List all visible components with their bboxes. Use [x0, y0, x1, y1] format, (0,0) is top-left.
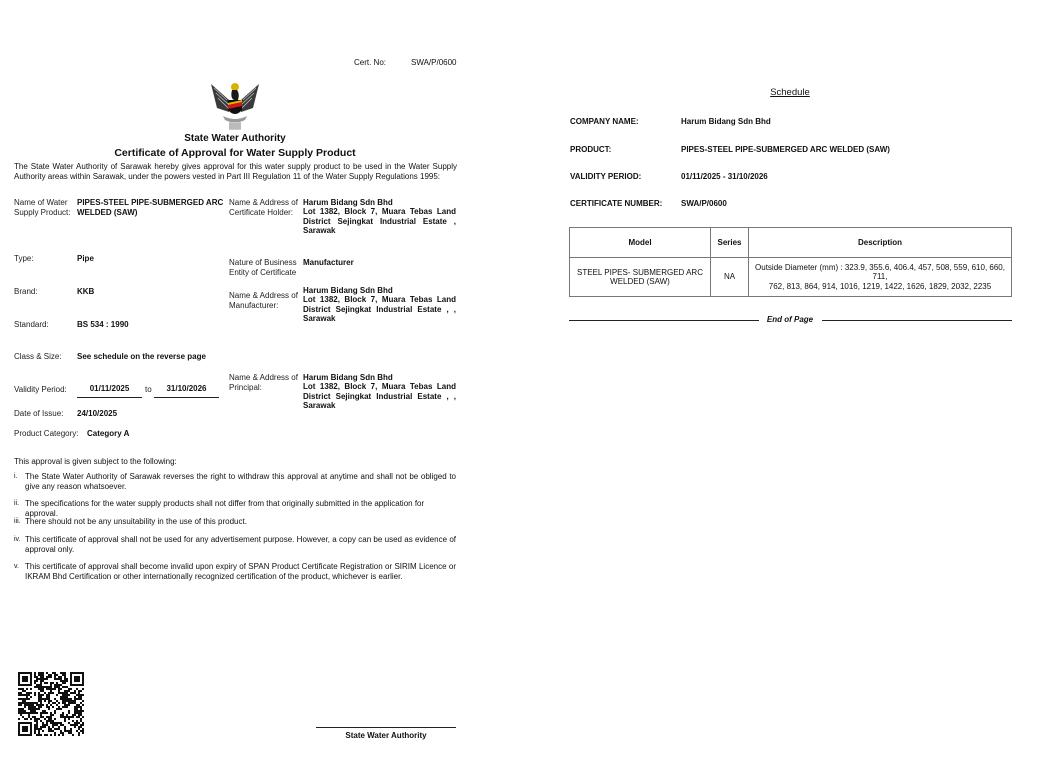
end-of-page-divider	[822, 320, 1012, 321]
type-label: Type:	[14, 254, 76, 264]
nature-value: Manufacturer	[303, 258, 456, 268]
standard-value: BS 534 : 1990	[77, 320, 227, 330]
column-header-description: Description	[749, 228, 1012, 258]
holder-address: Lot 1382, Block 7, Muara Tebas Land Dist…	[303, 207, 456, 236]
nature-label: Nature of Business Entity of Certificate	[229, 258, 301, 277]
model-cell: STEEL PIPES- SUBMERGED ARC WELDED (SAW)	[570, 258, 711, 297]
schedule-title: Schedule	[569, 87, 1011, 98]
certificate-number-value: SWA/P/0600	[681, 199, 727, 209]
organization-title: State Water Authority	[0, 133, 470, 144]
principal-label: Name & Address of Principal:	[229, 373, 301, 392]
term-item: iii. There should not be any unsuitabili…	[14, 517, 456, 527]
term-number: i.	[14, 472, 18, 482]
column-header-model: Model	[570, 228, 711, 258]
brand-label: Brand:	[14, 287, 76, 297]
term-item: v. This certificate of approval shall be…	[14, 562, 456, 581]
validity-period-label: VALIDITY PERIOD:	[570, 172, 641, 182]
validity-to-label: to	[145, 385, 152, 395]
term-number: iii.	[14, 517, 21, 527]
manufacturer-address: Lot 1382, Block 7, Muara Tebas Land Dist…	[303, 295, 456, 324]
product-label: PRODUCT:	[570, 145, 611, 155]
description-line: 762, 813, 864, 914, 1016, 1219, 1422, 16…	[750, 282, 1010, 292]
term-text: This certificate of approval shall becom…	[25, 562, 456, 581]
product-category-value: Category A	[87, 429, 129, 439]
signature-label: State Water Authority	[316, 731, 456, 741]
certificate-number-label: CERTIFICATE NUMBER:	[570, 199, 662, 209]
cert-no-value: SWA/P/0600	[411, 58, 457, 68]
brand-value: KKB	[77, 287, 227, 297]
term-item: iv. This certificate of approval shall n…	[14, 535, 456, 554]
validity-to: 31/10/2026	[154, 384, 219, 398]
coat-of-arms-emblem-icon	[207, 78, 263, 132]
description-line: Outside Diameter (mm) : 323.9, 355.6, 40…	[750, 263, 1010, 282]
table-header-row: Model Series Description	[570, 228, 1012, 258]
signature-line	[316, 727, 456, 728]
end-of-page-label: End of Page	[760, 315, 820, 325]
validity-from: 01/11/2025	[77, 384, 142, 398]
schedule-table: Model Series Description STEEL PIPES- SU…	[569, 227, 1012, 297]
date-of-issue-value: 24/10/2025	[77, 409, 227, 419]
product-name-value: PIPES-STEEL PIPE-SUBMERGED ARC WELDED (S…	[77, 198, 227, 217]
cert-no-label: Cert. No:	[354, 58, 386, 68]
term-text: The specifications for the water supply …	[25, 499, 456, 518]
term-text: There should not be any unsuitability in…	[25, 517, 456, 527]
manufacturer-label: Name & Address of Manufacturer:	[229, 291, 301, 310]
validity-period-value: 01/11/2025 - 31/10/2026	[681, 172, 768, 182]
term-text: The State Water Authority of Sarawak rev…	[25, 472, 456, 491]
date-of-issue-label: Date of Issue:	[14, 409, 76, 419]
product-category-label: Product Category:	[14, 429, 89, 439]
product-value: PIPES-STEEL PIPE-SUBMERGED ARC WELDED (S…	[681, 145, 890, 155]
column-header-series: Series	[711, 228, 749, 258]
end-of-page-divider	[569, 320, 759, 321]
term-number: v.	[14, 562, 19, 572]
product-name-label: Name of Water Supply Product:	[14, 198, 76, 217]
series-cell: NA	[711, 258, 749, 297]
class-size-value: See schedule on the reverse page	[77, 352, 237, 362]
term-text: This certificate of approval shall not b…	[25, 535, 456, 554]
term-item: ii. The specifications for the water sup…	[14, 499, 456, 518]
term-item: i. The State Water Authority of Sarawak …	[14, 472, 456, 491]
certificate-title: Certificate of Approval for Water Supply…	[0, 147, 470, 159]
standard-label: Standard:	[14, 320, 76, 330]
description-cell: Outside Diameter (mm) : 323.9, 355.6, 40…	[749, 258, 1012, 297]
qr-code-icon	[18, 672, 84, 736]
term-number: iv.	[14, 535, 20, 545]
terms-intro: This approval is given subject to the fo…	[14, 457, 177, 467]
intro-paragraph: The State Water Authority of Sarawak her…	[14, 162, 457, 181]
company-label: COMPANY NAME:	[570, 117, 639, 127]
principal-address: Lot 1382, Block 7, Muara Tebas Land Dist…	[303, 382, 456, 411]
validity-label: Validity Period:	[14, 385, 76, 395]
company-value: Harum Bidang Sdn Bhd	[681, 117, 771, 127]
term-number: ii.	[14, 499, 19, 509]
table-row: STEEL PIPES- SUBMERGED ARC WELDED (SAW) …	[570, 258, 1012, 297]
type-value: Pipe	[77, 254, 227, 264]
class-size-label: Class & Size:	[14, 352, 76, 362]
holder-label: Name & Address of Certificate Holder:	[229, 198, 301, 217]
